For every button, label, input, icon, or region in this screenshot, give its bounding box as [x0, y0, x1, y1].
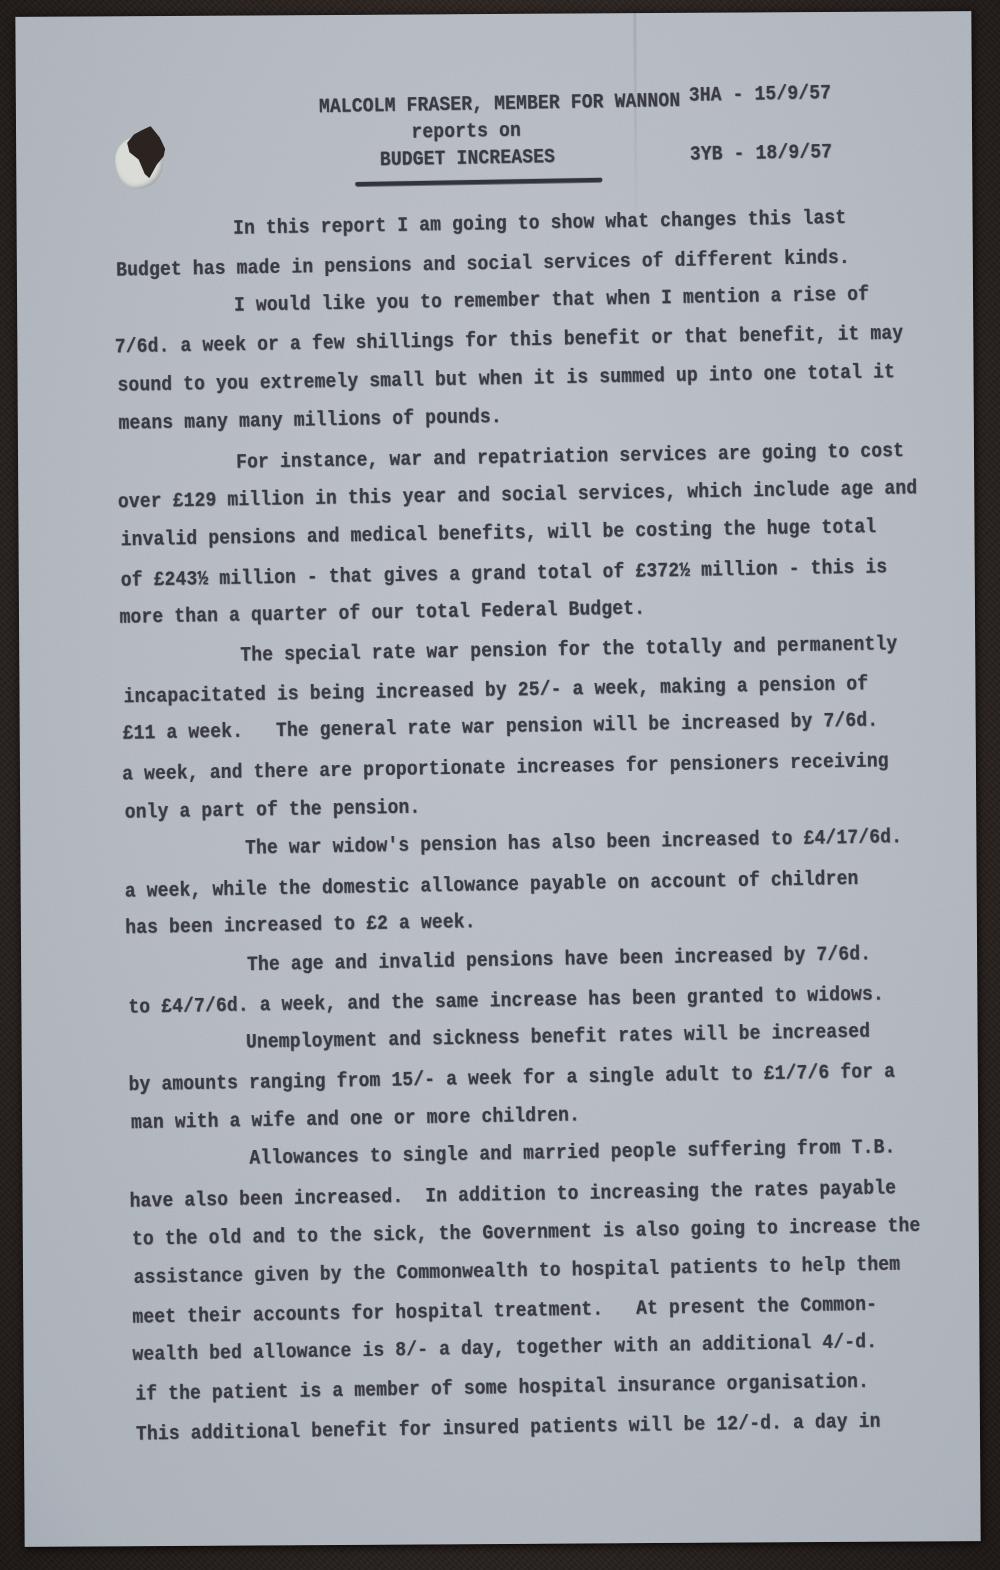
station-code-line: 3YB - 18/9/57 — [690, 142, 833, 166]
document-body: In this report I am going to show what c… — [114, 198, 952, 1454]
typewritten-content: 3HA - 15/9/57 3YB - 18/9/57 MALCOLM FRAS… — [110, 2, 953, 1546]
document-heading: BUDGET INCREASES — [380, 146, 556, 172]
document-title: MALCOLM FRASER, MEMBER FOR WANNON — [319, 90, 681, 119]
document-subtitle: reports on — [411, 120, 521, 145]
broadcast-station-codes: 3HA - 15/9/57 3YB - 18/9/57 — [688, 46, 833, 204]
document-page: 3HA - 15/9/57 3YB - 18/9/57 MALCOLM FRAS… — [15, 11, 980, 1547]
photo-backdrop: 3HA - 15/9/57 3YB - 18/9/57 MALCOLM FRAS… — [0, 0, 1000, 1570]
station-code-line: 3HA - 15/9/57 — [689, 84, 832, 108]
title-underline — [355, 178, 602, 186]
